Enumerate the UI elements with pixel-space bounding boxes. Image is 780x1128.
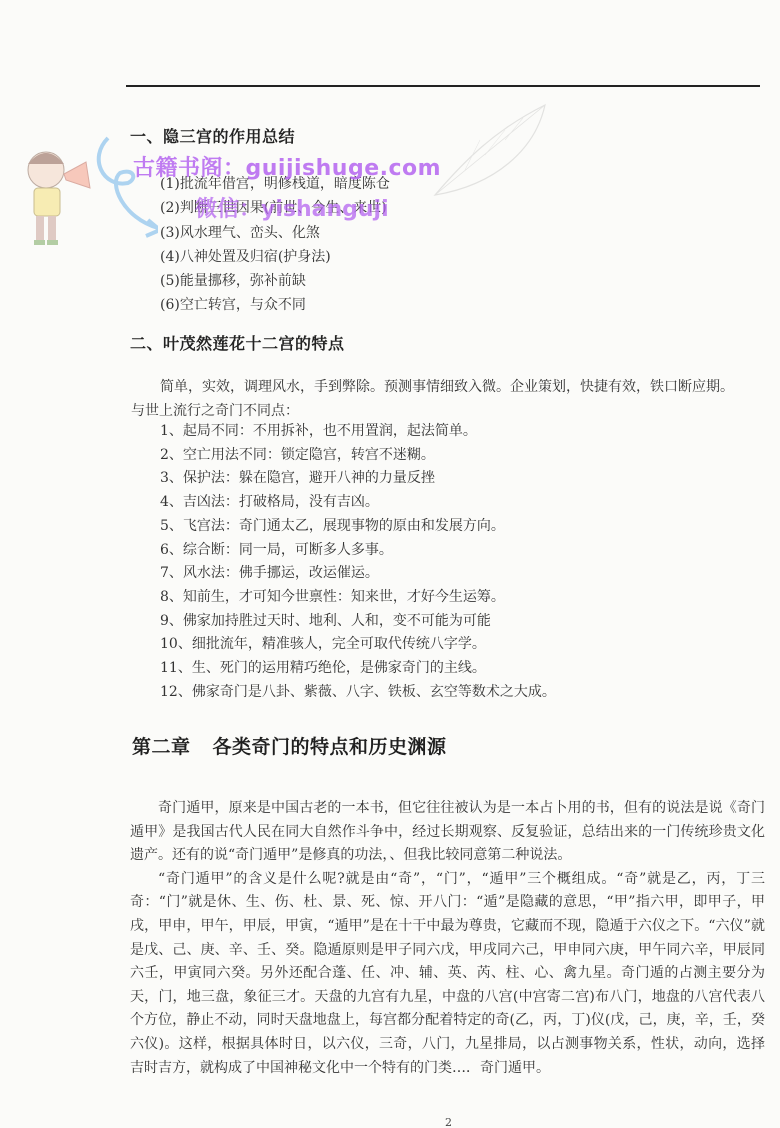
- list-item: 9、佛家加持胜过天时、地利、人和，变不可能为可能: [160, 610, 556, 634]
- list-item: 7、风水法：佛手挪运，改运催运。: [160, 562, 556, 586]
- section2-list: 1、起局不同：不用拆补，也不用置润，起法简单。 2、空亡用法不同：锁定隐宫，转宫…: [160, 420, 556, 704]
- chapter-number: 第二章: [132, 736, 191, 758]
- chapter-title: 各类奇门的特点和历史渊源: [213, 736, 447, 758]
- watermark-site: 古籍书阁：guijishuge.com: [133, 151, 441, 182]
- mascot-megaphone-icon: [8, 128, 158, 258]
- section2-intro: 简单，实效，调理风水，手到弊除。预测事情细致入微。企业策划，快捷有效，铁口断应期…: [160, 376, 734, 396]
- list-item: (4)八神处置及归宿(护身法): [160, 245, 390, 269]
- list-item: (5)能量挪移，弥补前缺: [160, 269, 390, 293]
- list-item: 10、细批流年，精准骇人，完全可取代传统八字学。: [160, 633, 556, 657]
- page-number: 2: [445, 1116, 452, 1128]
- list-item: 4、吉凶法：打破格局，没有吉凶。: [160, 491, 556, 515]
- header-rule: [126, 85, 760, 87]
- list-item: (3)风水理气、峦头、化煞: [160, 221, 390, 245]
- watermark-wechat: 微信：yishanguji: [195, 192, 389, 223]
- list-item: 6、综合断：同一局，可断多人多事。: [160, 539, 556, 563]
- list-item: 11、生、死门的运用精巧绝伦，是佛家奇门的主线。: [160, 657, 556, 681]
- document-page: 一、隐三宫的作用总结 (1)批流年借宫，明修栈道，暗度陈仓 (2)判断三世因果(…: [0, 0, 780, 1128]
- chapter-body: 奇门遁甲，原来是中国古老的一本书，但它往往被认为是一本占卜用的书，但有的说法是说…: [130, 797, 765, 1080]
- list-item: 5、飞宫法：奇门通太乙，展现事物的原由和发展方向。: [160, 515, 556, 539]
- list-item: 8、知前生，才可知今世禀性：知来世，才好今生运筹。: [160, 586, 556, 610]
- section-heading-2: 二、叶茂然莲花十二宫的特点: [130, 331, 345, 354]
- chapter-heading: 第二章各类奇门的特点和历史渊源: [132, 732, 447, 759]
- list-item: 3、保护法：躲在隐宫，避开八神的力量反挫: [160, 467, 556, 491]
- list-item: 1、起局不同：不用拆补，也不用置润，起法简单。: [160, 420, 556, 444]
- list-item: 12、佛家奇门是八卦、紫薇、八字、铁板、玄空等数术之大成。: [160, 681, 556, 705]
- leaf-decoration-icon: [395, 100, 555, 200]
- list-item: 2、空亡用法不同：锁定隐宫，转宫不迷糊。: [160, 444, 556, 468]
- section-heading-1: 一、隐三宫的作用总结: [130, 124, 295, 147]
- section2-intro-2: 与世上流行之奇门不同点：: [131, 400, 299, 420]
- body-paragraph: “奇门遁甲”的含义是什么呢?就是由“奇”，“门”，“遁甲”三个概组成。“奇”就是…: [130, 868, 765, 1080]
- body-paragraph: 奇门遁甲，原来是中国古老的一本书，但它往往被认为是一本占卜用的书，但有的说法是说…: [130, 797, 765, 868]
- list-item: (6)空亡转宫，与众不同: [160, 293, 390, 317]
